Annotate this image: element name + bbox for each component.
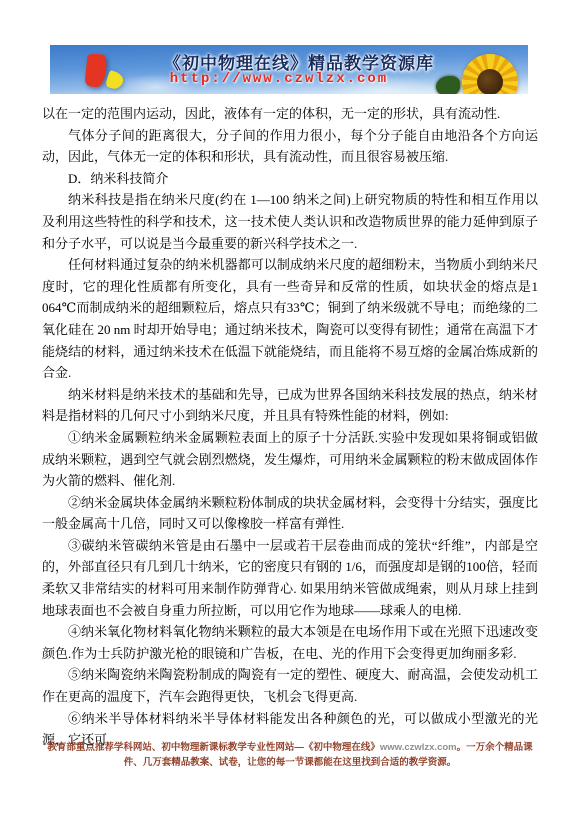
paragraph: 纳米科技是指在纳米尺度(约在 1—100 纳米之间)上研究物质的特性和相互作用以… bbox=[42, 189, 538, 254]
paragraph: 气体分子间的距离很大，分子间的作用力很小，每个分子能自由地沿各个方向运动，因此，… bbox=[42, 125, 538, 168]
footer-url-link[interactable]: www.czwlzx.com bbox=[380, 742, 457, 753]
flame-logo-icon bbox=[84, 53, 107, 88]
list-item-1: ①纳米金属颗粒纳米金属颗粒表面上的原子十分活跃.实验中发现如果将铜或铝做成纳米颗… bbox=[42, 427, 538, 492]
list-item-4: ④纳米氧化物材料氧化物纳米颗粒的最大本领是在电场作用下或在光照下迅速改变颜色.作… bbox=[42, 621, 538, 664]
paragraph-continuation: 以在一定的范围内运动，因此，液体有一定的体积，无一定的形状，具有流动性. bbox=[42, 103, 538, 125]
list-item-2: ②纳米金属块体金属纳米颗粒粉体制成的块状金属材料，会变得十分结实，强度比一般金属… bbox=[42, 492, 538, 535]
header-banner: 《初中物理在线》精品教学资源库 http://www.czwlzx.com bbox=[50, 45, 528, 94]
document-body: 以在一定的范围内运动，因此，液体有一定的体积，无一定的形状，具有流动性. 气体分… bbox=[42, 103, 538, 751]
section-heading: D．纳米科技简介 bbox=[42, 168, 538, 190]
paragraph: 任何材料通过复杂的纳米机器都可以制成纳米尺度的超细粉末，当物质小到纳米尺度时，它… bbox=[42, 254, 538, 384]
paragraph: 纳米材料是纳米技术的基础和先导，已成为世界各国纳米科技发展的热点，纳米材料是指材… bbox=[42, 384, 538, 427]
list-item-3: ③碳纳米管碳纳米管是由石墨中一层或若干层卷曲而成的笼状“纤维”，内部是空的，外部… bbox=[42, 535, 538, 621]
sunflower-center bbox=[477, 69, 503, 94]
footer-text-before: 教育部重点推荐学科网站、初中物理新课标教学专业性网站—《初中物理在线》 bbox=[47, 742, 380, 753]
document-page: 《初中物理在线》精品教学资源库 http://www.czwlzx.com 以在… bbox=[0, 0, 580, 819]
list-item-5: ⑤纳米陶瓷纳米陶瓷粉制成的陶瓷有一定的塑性、硬度大、耐高温，会使发动机工作在更高… bbox=[42, 664, 538, 707]
sunflower-image bbox=[462, 54, 518, 94]
foliage-decoration bbox=[436, 76, 460, 94]
page-footer: 教育部重点推荐学科网站、初中物理新课标教学专业性网站—《初中物理在线》www.c… bbox=[40, 740, 540, 770]
site-url-link[interactable]: http://www.czwlzx.com bbox=[110, 71, 448, 87]
